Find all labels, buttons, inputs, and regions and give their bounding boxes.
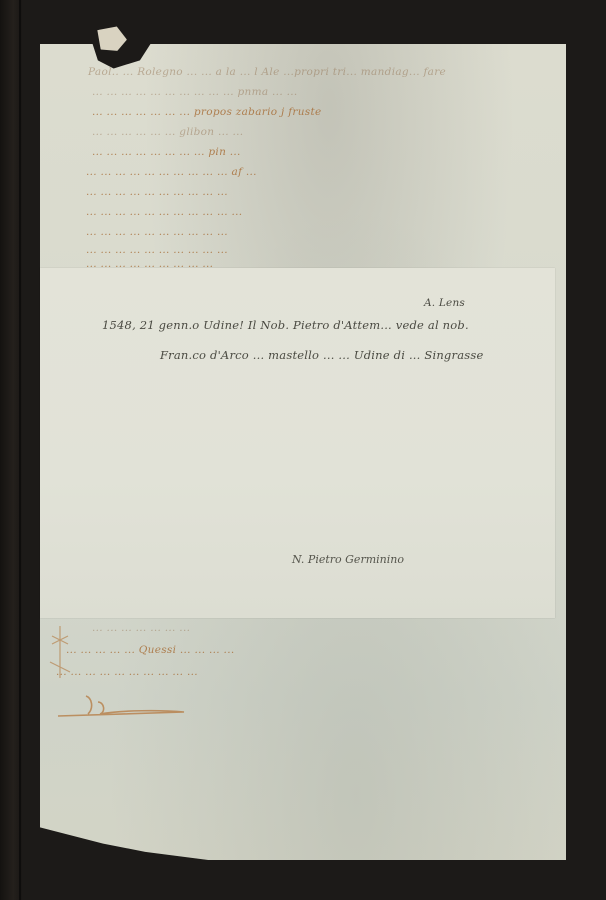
margin-ornament-icon [46,622,74,682]
letter-line: ... ... ... ... ... ... glibon ... ... [92,126,243,138]
archival-signature: N. Pietro Germinino [292,553,404,566]
archival-note-line-1: 1548, 21 genn.o Udine! Il Nob. Pietro d'… [102,318,469,332]
letter-line: ... ... ... ... ... ... ... ... ... ... [86,226,228,238]
letter-line: ... ... ... ... ... ... ... ... pin ... [92,146,241,158]
folded-corner [95,22,130,55]
archival-note-line-2: Fran.co d'Arco ... mastello ... ... Udin… [160,348,483,362]
letter-line: ... ... ... ... ... ... ... propos zabar… [92,106,321,118]
letter-line: ... ... ... ... ... ... ... ... ... ... … [92,86,298,98]
letter-line: ... ... ... ... ... ... ... ... ... ... [86,186,228,198]
letter-line: Paol.. ... Rolegno ... ... a la ... l Al… [88,66,446,78]
letter-line: ... ... ... ... ... ... ... ... ... ... … [86,166,257,178]
letter-line: ... ... ... ... ... ... ... ... ... ... [86,244,228,256]
letter-line: ... ... ... ... ... ... ... [92,622,190,634]
letter-line: ... ... ... ... ... ... ... ... ... ... [56,666,198,678]
archival-mark: A. Lens [424,297,465,309]
binding-line [19,0,21,900]
letter-line: ... ... ... ... ... Quessi ... ... ... .… [66,644,234,656]
letter-line: ... ... ... ... ... ... ... ... ... ... … [86,206,242,218]
signature-flourish-icon [52,690,192,720]
